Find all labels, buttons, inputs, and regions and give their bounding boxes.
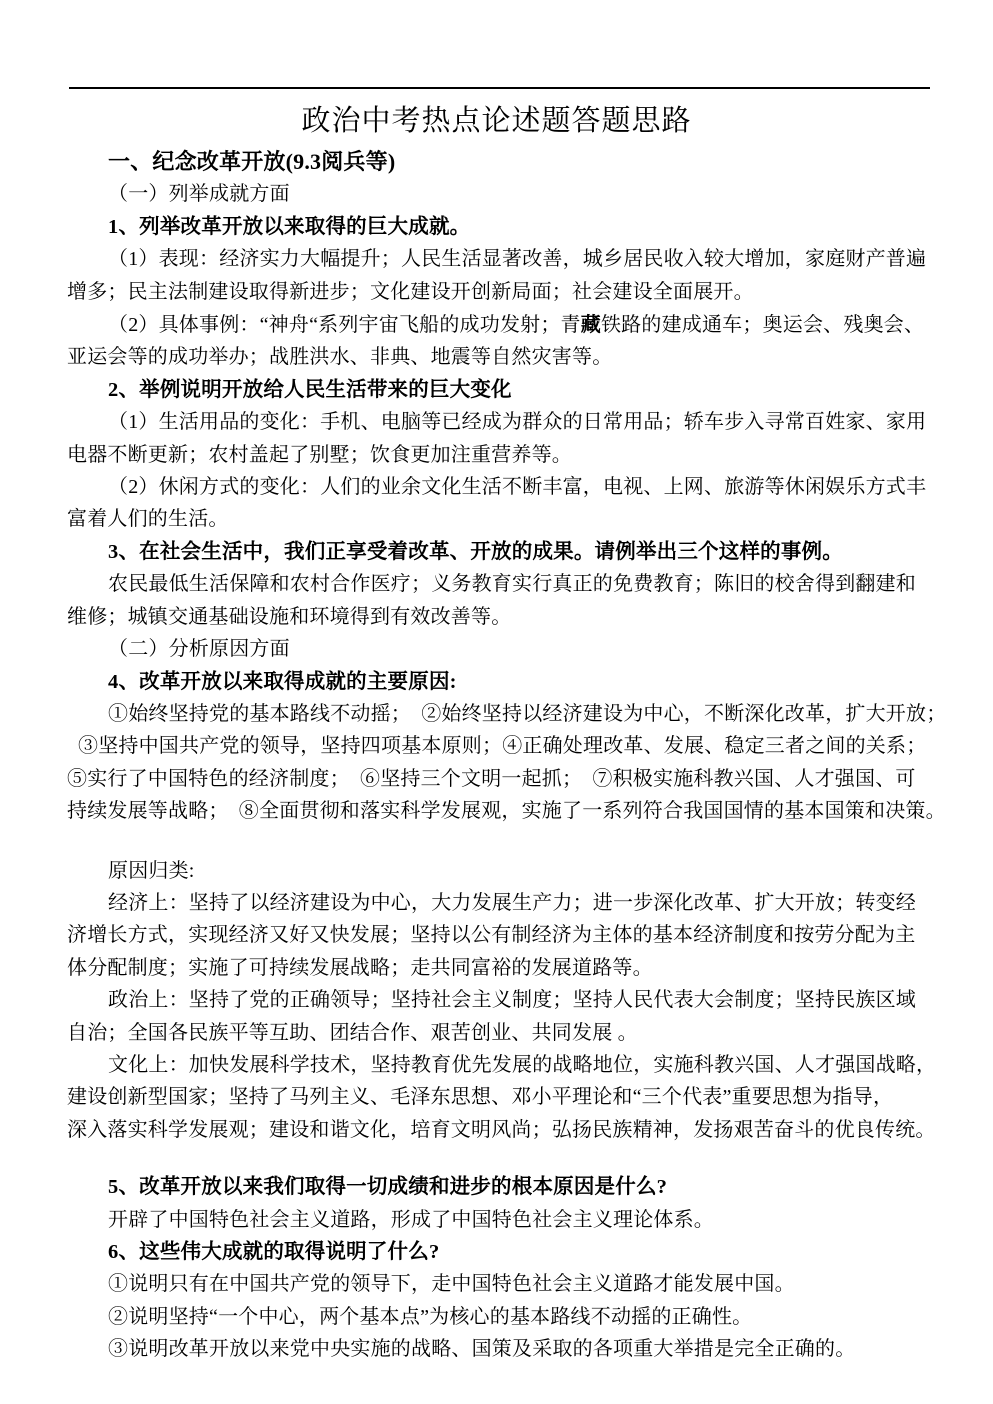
blank-line [67, 828, 937, 855]
text-line: ⑤实行了中国特色的经济制度； ⑥坚持三个文明一起抓； ⑦积极实施科教兴国、人才强… [67, 763, 937, 795]
blank-line [67, 1146, 937, 1171]
document-body: 一、纪念改革开放(9.3阅兵等)（一）列举成就方面1、列举改革开放以来取得的巨大… [67, 146, 937, 1366]
text-segment: 铁路的建成通车；奥运会、残奥会、 [601, 314, 924, 336]
header-rule [69, 87, 930, 89]
heading-line: 1、列举改革开放以来取得的巨大成就。 [67, 211, 937, 243]
document-page: 政治中考热点论述题答题思路 一、纪念改革开放(9.3阅兵等)（一）列举成就方面1… [0, 0, 993, 1404]
text-line: 维修；城镇交通基础设施和环境得到有效改善等。 [67, 601, 937, 633]
text-line: ③说明改革开放以来党中央实施的战略、国策及采取的各项重大举措是完全正确的。 [67, 1333, 937, 1365]
heading-line: 4、改革开放以来取得成就的主要原因: [67, 666, 937, 698]
text-line: 农民最低生活保障和农村合作医疗；义务教育实行真正的免费教育；陈旧的校舍得到翻建和 [67, 568, 937, 600]
text-line: ①说明只有在中国共产党的领导下，走中国特色社会主义道路才能发展中国。 [67, 1268, 937, 1300]
heading-line: 3、在社会生活中，我们正享受着改革、开放的成果。请例举出三个这样的事例。 [67, 536, 937, 568]
text-line: （1）表现：经济实力大幅提升；人民生活显著改善，城乡居民收入较大增加，家庭财产普… [67, 243, 937, 275]
text-line: 文化上：加快发展科学技术，坚持教育优先发展的战略地位，实施科教兴国、人才强国战略… [67, 1049, 937, 1081]
text-line: 富着人们的生活。 [67, 503, 937, 535]
text-line: 深入落实科学发展观；建设和谐文化，培育文明风尚；弘扬民族精神，发扬艰苦奋斗的优良… [67, 1114, 937, 1146]
text-line: （2）具体事例：“神舟“系列宇宙飞船的成功发射；青藏铁路的建成通车；奥运会、残奥… [67, 308, 937, 341]
text-line: 亚运会等的成功举办；战胜洪水、非典、地震等自然灾害等。 [67, 341, 937, 373]
text-line: 政治上：坚持了党的正确领导；坚持社会主义制度；坚持人民代表大会制度；坚持民族区域 [67, 984, 937, 1016]
text-line: （二）分析原因方面 [67, 633, 937, 665]
text-line: 原因归类: [67, 855, 937, 887]
text-line: 电器不断更新；农村盖起了别墅；饮食更加注重营养等。 [67, 439, 937, 471]
page-title: 政治中考热点论述题答题思路 [0, 98, 993, 144]
text-line: （1）生活用品的变化：手机、电脑等已经成为群众的日常用品；轿车步入寻常百姓家、家… [67, 406, 937, 438]
text-line: 经济上：坚持了以经济建设为中心，大力发展生产力；进一步深化改革、扩大开放；转变经 [67, 887, 937, 919]
heading-line: 6、这些伟大成就的取得说明了什么? [67, 1236, 937, 1268]
text-line: 自治；全国各民族平等互助、团结合作、艰苦创业、共同发展 。 [67, 1017, 937, 1049]
text-segment: （2）具体事例：“神舟“系列宇宙飞船的成功发射；青 [108, 314, 581, 336]
fallback-font-glyph: 藏 [581, 312, 601, 336]
text-line: ①始终坚持党的基本路线不动摇； ②始终坚持以经济建设为中心，不断深化改革，扩大开… [67, 698, 937, 730]
text-line: 济增长方式，实现经济又好又快发展；坚持以公有制经济为主体的基本经济制度和按劳分配… [67, 919, 937, 951]
text-line: （一）列举成就方面 [67, 178, 937, 210]
text-line: 增多；民主法制建设取得新进步；文化建设开创新局面；社会建设全面展开。 [67, 276, 937, 308]
text-line: 开辟了中国特色社会主义道路，形成了中国特色社会主义理论体系。 [67, 1204, 937, 1236]
text-line: （2）休闲方式的变化：人们的业余文化生活不断丰富，电视、上网、旅游等休闲娱乐方式… [67, 471, 937, 503]
text-line: 持续发展等战略； ⑧全面贯彻和落实科学发展观，实施了一系列符合我国国情的基本国策… [67, 795, 937, 827]
heading-line: 一、纪念改革开放(9.3阅兵等) [67, 146, 937, 178]
heading-line: 5、改革开放以来我们取得一切成绩和进步的根本原因是什么? [67, 1171, 937, 1203]
text-line: 体分配制度；实施了可持续发展战略；走共同富裕的发展道路等。 [67, 952, 937, 984]
text-line: ②说明坚持“一个中心，两个基本点”为核心的基本路线不动摇的正确性。 [67, 1301, 937, 1333]
text-line: 建设创新型国家；坚持了马列主义、毛泽东思想、邓小平理论和“三个代表”重要思想为指… [67, 1081, 937, 1113]
heading-line: 2、举例说明开放给人民生活带来的巨大变化 [67, 374, 937, 406]
text-line: ③坚持中国共产党的领导，坚持四项基本原则；④正确处理改革、发展、稳定三者之间的关… [67, 730, 937, 762]
